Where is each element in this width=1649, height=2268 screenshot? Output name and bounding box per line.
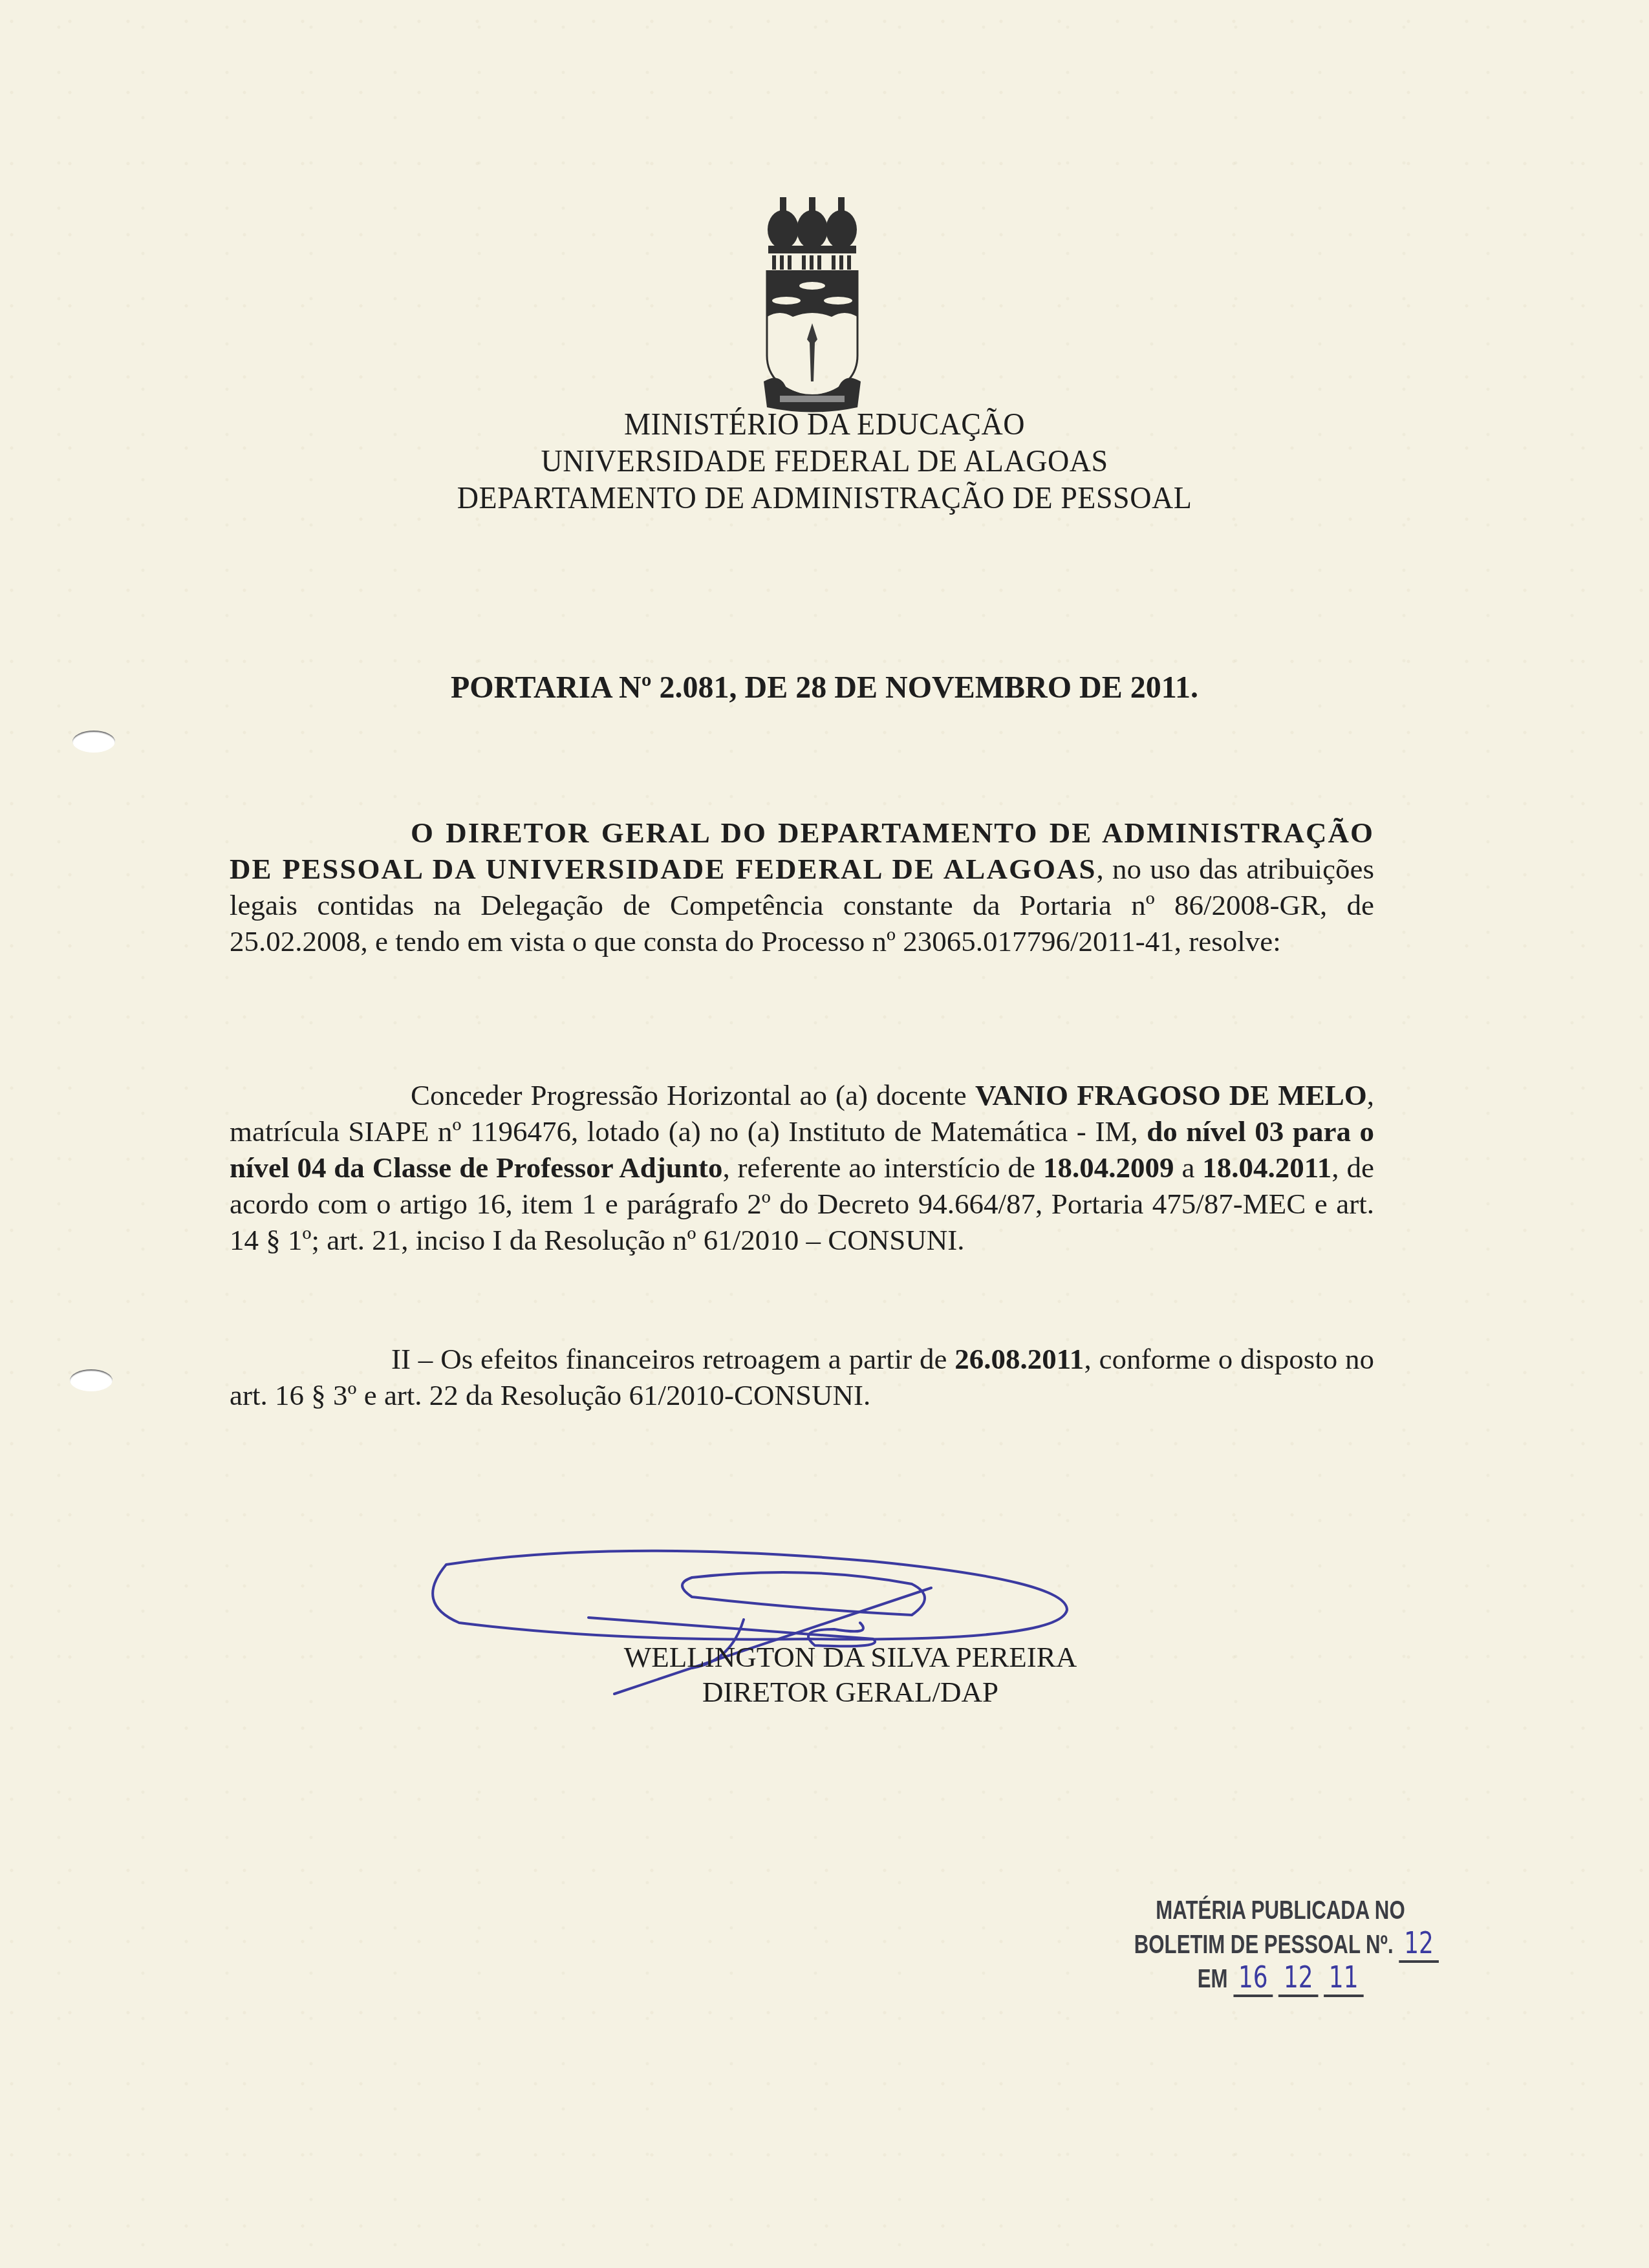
docente-name: VANIO FRAGOSO DE MELO	[975, 1079, 1367, 1111]
article-1-text: , referente ao interstício de	[722, 1151, 1043, 1184]
stamp-date-label: EM	[1198, 1965, 1228, 1993]
stamp-line-3: EM 16 12 11	[1134, 1961, 1427, 1995]
stamp-line-1: MATÉRIA PUBLICADA NO	[1134, 1894, 1427, 1927]
publication-stamp: MATÉRIA PUBLICADA NO BOLETIM DE PESSOAL …	[1093, 1894, 1468, 1995]
publication-year: 11	[1324, 1960, 1363, 1997]
signatory-name: WELLINGTON DA SILVA PEREIRA	[26, 1640, 1649, 1675]
publication-day: 16	[1233, 1960, 1273, 1997]
publication-month: 12	[1278, 1960, 1318, 1997]
document-title: PORTARIA Nº 2.081, DE 28 DE NOVEMBRO DE …	[0, 670, 1649, 705]
interstice-end-date: 18.04.2011	[1202, 1151, 1331, 1184]
interstice-start-date: 18.04.2009	[1043, 1151, 1174, 1184]
article-1-paragraph: Conceder Progressão Horizontal ao (a) do…	[230, 1077, 1374, 1258]
punch-hole	[70, 1369, 113, 1391]
ministry-heading: MINISTÉRIO DA EDUCAÇÃO	[33, 406, 1616, 443]
ufal-coat-of-arms-icon	[760, 194, 864, 414]
article-2-paragraph: II – Os efeitos financeiros retroagem a …	[230, 1341, 1374, 1413]
boletim-number: 12	[1399, 1925, 1438, 1963]
stamp-boletim-label: BOLETIM DE PESSOAL Nº.	[1134, 1931, 1394, 1959]
signatory-role: DIRETOR GERAL/DAP	[26, 1674, 1649, 1710]
stamp-line-2: BOLETIM DE PESSOAL Nº. 12	[1134, 1927, 1427, 1961]
article-1-text: Conceder Progressão Horizontal ao (a) do…	[411, 1079, 975, 1111]
department-heading: DEPARTAMENTO DE ADMINISTRAÇÃO DE PESSOAL	[33, 480, 1616, 517]
university-heading: UNIVERSIDADE FEDERAL DE ALAGOAS	[33, 443, 1616, 480]
punch-hole	[72, 731, 115, 753]
preamble-paragraph: O DIRETOR GERAL DO DEPARTAMENTO DE ADMIN…	[230, 815, 1374, 959]
financial-effect-date: 26.08.2011	[954, 1343, 1084, 1375]
letterhead: MINISTÉRIO DA EDUCAÇÃO UNIVERSIDADE FEDE…	[0, 406, 1649, 517]
article-2-text: II – Os efeitos financeiros retroagem a …	[391, 1343, 954, 1375]
article-1-text: a	[1174, 1151, 1202, 1184]
